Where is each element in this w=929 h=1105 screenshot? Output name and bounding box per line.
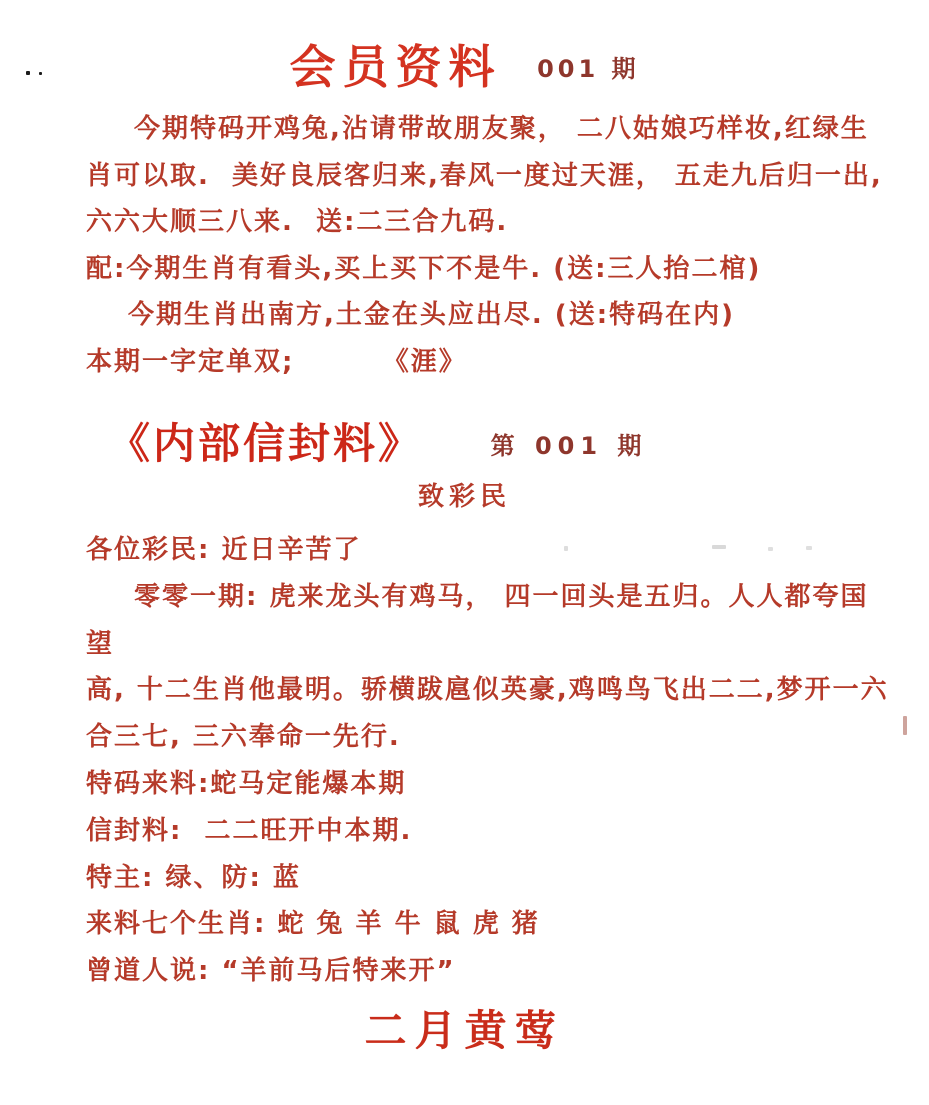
scan-artifact (564, 546, 568, 551)
member-line: 今期特码开鸡兔,沾请带故朋友聚， 二八姑娘巧样妆,红绿生 (86, 106, 891, 153)
member-line: 本期一字定单双; 《涯》 (86, 339, 891, 386)
scan-speck (39, 72, 42, 75)
issue-number: 001 期 (537, 49, 639, 84)
signature: 二月黄莺 (0, 1003, 929, 1059)
section-title: 《内部信封料》 (108, 419, 423, 468)
letter-line: 曾道人说: “羊前马后特来开” (86, 948, 891, 995)
scan-artifact (806, 546, 812, 550)
member-line: 今期生肖出南方,土金在头应出尽. (送:特码在内) (86, 292, 891, 339)
salutation: 致彩民 (0, 481, 929, 513)
member-info-paragraph: 今期特码开鸡兔,沾请带故朋友聚， 二八姑娘巧样妆,红绿生 肖可以取. 美好良辰客… (0, 106, 929, 385)
letter-line: 特码来料:蛇马定能爆本期 (86, 761, 891, 808)
scan-speck (26, 71, 30, 75)
letter-line: 来料七个生肖: 蛇 兔 羊 牛 鼠 虎 猪 (86, 901, 891, 948)
scan-artifact (903, 716, 907, 735)
document-page: 会员资料 001 期 今期特码开鸡兔,沾请带故朋友聚， 二八姑娘巧样妆,红绿生 … (0, 0, 929, 1105)
page-title: 会员资料 (289, 40, 501, 94)
letter-body: 各位彩民: 近日辛苦了 零零一期: 虎来龙头有鸡马， 四一回头是五归。人人都夸国… (0, 527, 929, 995)
letter-line: 合三七, 三六奉命一先行. (86, 714, 891, 761)
letter-line: 特主: 绿、防: 蓝 (86, 855, 891, 902)
scan-artifact (768, 547, 773, 551)
member-line: 配:今期生肖有看头,买上买下不是牛. (送:三人抬二棺) (86, 246, 891, 293)
letter-line: 高, 十二生肖他最明。骄横跋扈似英豪,鸡鸣鸟飞出二二,梦开一六 (86, 667, 891, 714)
member-line: 肖可以取. 美好良辰客归来,春风一度过天涯， 五走九后归一出, (86, 153, 891, 200)
member-line: 六六大顺三八来. 送:二三合九码. (86, 199, 891, 246)
scan-artifact (712, 545, 726, 549)
letter-line: 零零一期: 虎来龙头有鸡马， 四一回头是五归。人人都夸国望 (86, 574, 891, 668)
envelope-section-header: 《内部信封料》 第 001 期 (0, 417, 929, 471)
letter-line: 信封料: 二二旺开中本期. (86, 808, 891, 855)
document-header: 会员资料 001 期 (0, 0, 929, 96)
section-issue-number: 第 001 期 (491, 426, 648, 461)
